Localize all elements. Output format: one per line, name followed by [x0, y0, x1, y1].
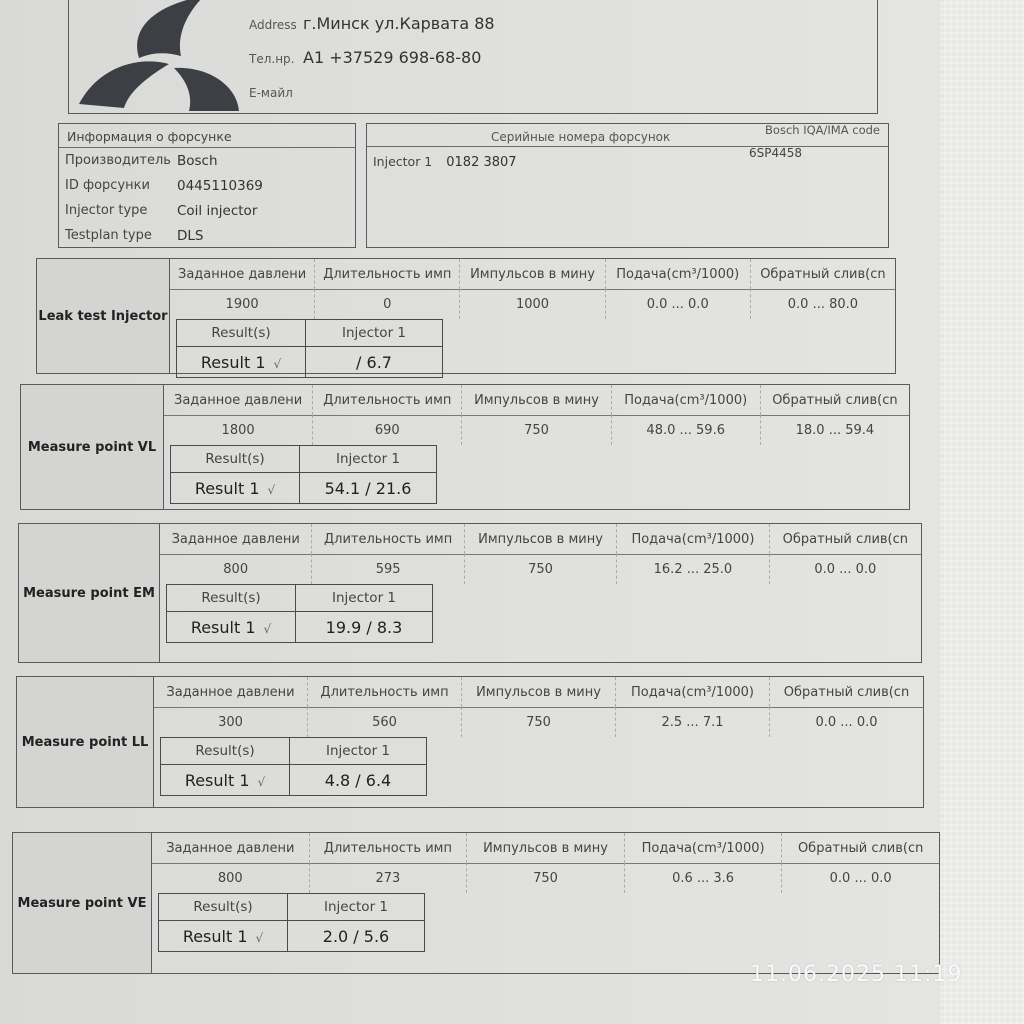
params-value-row: 80059575016.2 ... 25.00.0 ... 0.0	[160, 554, 921, 584]
param-value: 1900	[170, 289, 315, 319]
result-table: Result(s) Injector 1 Result 1√ 2.0 / 5.6	[158, 893, 425, 952]
param-value: 16.2 ... 25.0	[617, 554, 769, 584]
param-header: Подача(cm³/1000)	[612, 385, 761, 415]
phone-value: A1 +37529 698-68-80	[303, 48, 481, 67]
param-value: 273	[310, 863, 468, 893]
check-icon: √	[264, 622, 272, 636]
test-name: Measure point VE	[13, 833, 152, 973]
param-header: Подача(cm³/1000)	[616, 677, 770, 707]
test-section: Measure point LL Заданное давлениДлитель…	[16, 676, 924, 808]
test-name: Measure point EM	[19, 524, 160, 662]
result-header: Result(s)	[159, 894, 288, 921]
serial-numbers-header: Серийные номера форсунок Bosch IQA/IMA c…	[367, 124, 888, 147]
test-body: Заданное давлениДлительность импИмпульсо…	[152, 833, 939, 973]
injector-header: Injector 1	[288, 894, 425, 921]
result-header: Result(s)	[171, 446, 300, 473]
param-value: 595	[312, 554, 464, 584]
test-body: Заданное давлениДлительность импИмпульсо…	[154, 677, 923, 807]
serial-injector-label: Injector 1	[373, 154, 432, 169]
param-header: Заданное давлени	[164, 385, 313, 415]
result-value: 54.1 / 21.6	[300, 473, 437, 504]
param-header: Заданное давлени	[160, 524, 312, 554]
test-name: Measure point LL	[17, 677, 154, 807]
result-label: Result 1	[183, 927, 248, 946]
check-icon: √	[268, 483, 276, 497]
iqa-code-title: Bosch IQA/IMA code	[765, 123, 880, 137]
param-header: Заданное давлени	[170, 259, 315, 289]
param-value: 0.0 ... 0.0	[606, 289, 751, 319]
param-value: 750	[467, 863, 625, 893]
result-value: / 6.7	[306, 347, 443, 378]
test-section: Measure point EM Заданное давлениДлитель…	[18, 523, 922, 663]
param-value: 0.0 ... 0.0	[782, 863, 939, 893]
result-header: Result(s)	[167, 585, 296, 612]
info-row-testplan-type: Testplan type DLS	[59, 223, 355, 248]
params-value-row: 180069075048.0 ... 59.618.0 ... 59.4	[164, 415, 909, 445]
result-label-cell: Result 1√	[167, 612, 296, 643]
param-value: 0.6 ... 3.6	[625, 863, 783, 893]
result-table: Result(s) Injector 1 Result 1√ 54.1 / 21…	[170, 445, 437, 504]
serial-numbers-title: Серийные номера форсунок	[491, 130, 670, 144]
param-header: Длительность имп	[310, 833, 468, 863]
param-header: Длительность имп	[313, 385, 462, 415]
param-header: Длительность имп	[315, 259, 460, 289]
params-value-row: 8002737500.6 ... 3.60.0 ... 0.0	[152, 863, 939, 893]
test-section: Measure point VL Заданное давлениДлитель…	[20, 384, 910, 510]
param-header: Обратный слив(cn	[770, 677, 923, 707]
param-header: Импульсов в мину	[462, 385, 611, 415]
result-table: Result(s) Injector 1 Result 1√ / 6.7	[176, 319, 443, 378]
email-label: E-майл	[249, 86, 295, 100]
injector-header: Injector 1	[300, 446, 437, 473]
param-value: 48.0 ... 59.6	[612, 415, 761, 445]
param-value: 1800	[164, 415, 313, 445]
test-body: Заданное давлениДлительность импИмпульсо…	[160, 524, 921, 662]
param-value: 800	[160, 554, 312, 584]
param-header: Заданное давлени	[152, 833, 310, 863]
param-header: Обратный слив(cn	[782, 833, 939, 863]
param-value: 2.5 ... 7.1	[616, 707, 770, 737]
param-value: 800	[152, 863, 310, 893]
param-header: Обратный слив(cn	[761, 385, 909, 415]
injector-header: Injector 1	[296, 585, 433, 612]
check-icon: √	[274, 357, 282, 371]
param-value: 750	[462, 415, 611, 445]
params-header-row: Заданное давлениДлительность импИмпульсо…	[164, 385, 909, 416]
param-header: Обратный слив(cn	[770, 524, 921, 554]
info-row-injector-id: ID форсунки 0445110369	[59, 173, 355, 198]
result-value: 4.8 / 6.4	[290, 765, 427, 796]
result-value: 2.0 / 5.6	[288, 921, 425, 952]
param-value: 1000	[460, 289, 605, 319]
param-value: 750	[465, 554, 617, 584]
info-row-manufacturer: Производитель Bosch	[59, 148, 355, 173]
param-value: 750	[462, 707, 616, 737]
check-icon: √	[258, 775, 266, 789]
test-name: Leak test Injector	[37, 259, 170, 373]
injector-info-panel: Информация о форсунке Производитель Bosc…	[58, 123, 356, 248]
param-header: Импульсов в мину	[462, 677, 616, 707]
params-header-row: Заданное давлениДлительность импИмпульсо…	[152, 833, 939, 864]
phone-label: Тел.нр.	[249, 52, 295, 66]
param-header: Заданное давлени	[154, 677, 308, 707]
photo-timestamp: 11.06.2025 11:19	[750, 962, 962, 987]
result-label: Result 1	[195, 479, 260, 498]
result-label-cell: Result 1√	[171, 473, 300, 504]
param-header: Длительность имп	[308, 677, 462, 707]
param-header: Длительность имп	[312, 524, 464, 554]
injector-header: Injector 1	[290, 738, 427, 765]
param-value: 0.0 ... 0.0	[770, 554, 921, 584]
check-icon: √	[256, 931, 264, 945]
test-body: Заданное давлениДлительность импИмпульсо…	[164, 385, 909, 509]
params-value-row: 1900010000.0 ... 0.00.0 ... 80.0	[170, 289, 895, 319]
param-value: 690	[313, 415, 462, 445]
param-value: 0.0 ... 80.0	[751, 289, 895, 319]
param-header: Подача(cm³/1000)	[625, 833, 783, 863]
company-header: Address г.Минск ул.Карвата 88 Тел.нр. A1…	[68, 0, 878, 114]
param-value: 18.0 ... 59.4	[761, 415, 909, 445]
injector-header: Injector 1	[306, 320, 443, 347]
result-value: 19.9 / 8.3	[296, 612, 433, 643]
serial-numbers-panel: Серийные номера форсунок Bosch IQA/IMA c…	[366, 123, 889, 248]
param-header: Импульсов в мину	[467, 833, 625, 863]
params-value-row: 3005607502.5 ... 7.10.0 ... 0.0	[154, 707, 923, 737]
result-label-cell: Result 1√	[161, 765, 290, 796]
company-logo-icon	[69, 0, 249, 111]
param-value: 300	[154, 707, 308, 737]
params-header-row: Заданное давлениДлительность импИмпульсо…	[160, 524, 921, 555]
result-label: Result 1	[185, 771, 250, 790]
test-section: Leak test Injector Заданное давлениДлите…	[36, 258, 896, 374]
info-row-injector-type: Injector type Coil injector	[59, 198, 355, 223]
param-header: Подача(cm³/1000)	[617, 524, 769, 554]
test-name: Measure point VL	[21, 385, 164, 509]
injector-info-title: Информация о форсунке	[59, 124, 355, 148]
param-header: Обратный слив(cn	[751, 259, 895, 289]
test-section: Measure point VE Заданное давлениДлитель…	[12, 832, 940, 974]
result-header: Result(s)	[177, 320, 306, 347]
iqa-code-value: 6SP4458	[749, 146, 802, 160]
result-label-cell: Result 1√	[177, 347, 306, 378]
param-header: Подача(cm³/1000)	[606, 259, 751, 289]
address-label: Address	[249, 18, 295, 32]
serial-row-injector-1: Injector 1 0182 3807	[373, 154, 517, 170]
param-value: 560	[308, 707, 462, 737]
test-body: Заданное давлениДлительность импИмпульсо…	[170, 259, 895, 373]
address-value: г.Минск ул.Карвата 88	[303, 14, 495, 33]
result-label: Result 1	[191, 618, 256, 637]
serial-injector-number: 0182 3807	[446, 155, 516, 170]
params-header-row: Заданное давлениДлительность импИмпульсо…	[154, 677, 923, 708]
param-header: Импульсов в мину	[460, 259, 605, 289]
result-label-cell: Result 1√	[159, 921, 288, 952]
param-value: 0.0 ... 0.0	[770, 707, 923, 737]
result-header: Result(s)	[161, 738, 290, 765]
params-header-row: Заданное давлениДлительность импИмпульсо…	[170, 259, 895, 290]
result-table: Result(s) Injector 1 Result 1√ 19.9 / 8.…	[166, 584, 433, 643]
param-header: Импульсов в мину	[465, 524, 617, 554]
result-label: Result 1	[201, 353, 266, 372]
result-table: Result(s) Injector 1 Result 1√ 4.8 / 6.4	[160, 737, 427, 796]
param-value: 0	[315, 289, 460, 319]
